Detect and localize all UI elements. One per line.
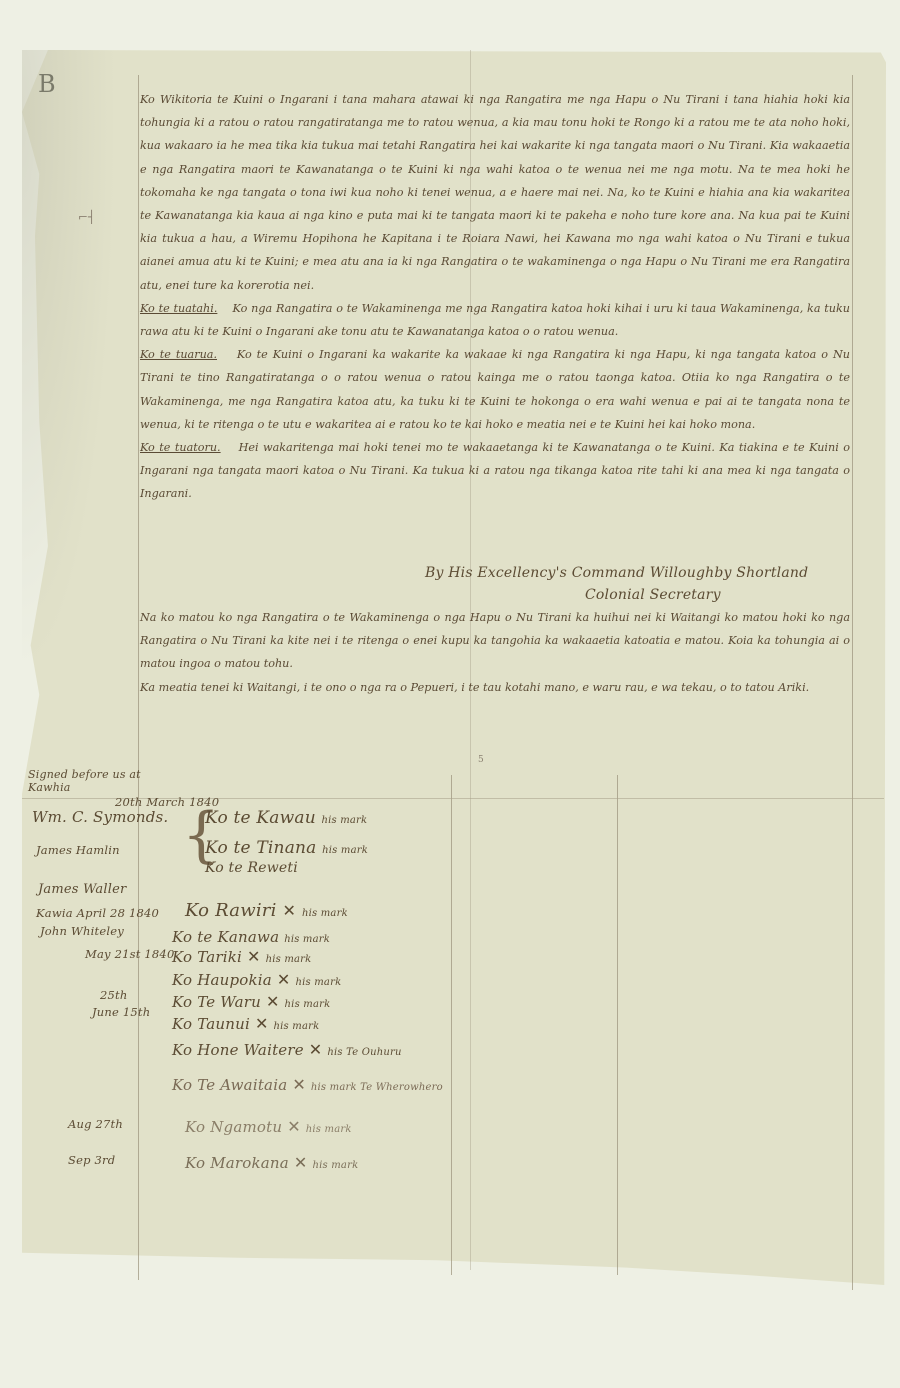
mark-label: his mark xyxy=(285,999,331,1010)
article-1: Ko te tuatahi. Ko nga Rangatira o te Wak… xyxy=(140,297,850,343)
mark-label: his mark xyxy=(302,908,348,919)
closing-text: Na ko matou ko nga Rangatira o te Wakami… xyxy=(140,606,850,699)
date-25th: 25th xyxy=(100,988,127,1002)
mark-label: his mark xyxy=(306,1124,352,1135)
treaty-text: Ko Wikitoria te Kuini o Ingarani i tana … xyxy=(140,88,850,506)
witness-kawia-date: Kawia April 28 1840 xyxy=(36,906,159,920)
chief-name: Ko Haupokia xyxy=(172,971,272,989)
chief-name: Ko te Tinana xyxy=(205,838,317,858)
chief-name: Ko te Reweti xyxy=(205,860,298,876)
date-sep3: Sep 3rd xyxy=(68,1153,115,1167)
mark-label: his mark xyxy=(296,977,342,988)
x-mark-icon: ✕ xyxy=(309,1040,323,1059)
chief-row: Ko Marokana ✕ his mark xyxy=(185,1153,358,1172)
mark-label: his mark xyxy=(321,815,367,826)
chief-row: Ko Hone Waitere ✕ his Te Ouhuru xyxy=(172,1040,402,1059)
attestation-line-2: Colonial Secretary xyxy=(585,587,808,603)
witness-header: Signed before us at Kawhia xyxy=(28,768,168,794)
article-text: Ko nga Rangatira o te Wakaminenga me nga… xyxy=(140,302,850,338)
x-mark-icon: ✕ xyxy=(292,1075,306,1094)
corner-letter: B xyxy=(38,70,56,98)
witness-waller: James Waller xyxy=(38,882,126,897)
chief-name: Ko Ngamotu xyxy=(185,1118,282,1136)
margin-annotation: ⌐┤ xyxy=(78,210,95,224)
x-mark-icon: ✕ xyxy=(294,1153,308,1172)
x-mark-icon: ✕ xyxy=(282,901,296,920)
attestation-block: By His Excellency's Command Willoughby S… xyxy=(425,565,808,603)
x-mark-icon: ✕ xyxy=(255,1014,269,1033)
date-may21: May 21st 1840 xyxy=(85,947,174,961)
chief-row: Ko Rawiri ✕ his mark xyxy=(185,900,348,921)
chief-row: Ko Te Waru ✕ his mark xyxy=(172,992,330,1011)
chief-row: Ko Haupokia ✕ his mark xyxy=(172,970,341,989)
date-aug27: Aug 27th xyxy=(68,1117,123,1131)
page-number: 5 xyxy=(478,755,484,765)
chief-kawau: Ko te Kawau his mark xyxy=(205,808,367,828)
mark-label: his mark xyxy=(284,934,330,945)
article-text: Ko te Kuini o Ingarani ka wakarite ka wa… xyxy=(140,348,850,431)
closing-paragraph: Na ko matou ko nga Rangatira o te Wakami… xyxy=(140,606,850,676)
mark-label: his mark xyxy=(313,1160,359,1171)
date-june15: June 15th xyxy=(92,1005,150,1019)
dating-paragraph: Ka meatia tenei ki Waitangi, i te ono o … xyxy=(140,676,850,699)
preamble-text: Ko Wikitoria te Kuini o Ingarani i tana … xyxy=(140,93,850,199)
x-mark-icon: ✕ xyxy=(277,970,291,989)
article-heading: Ko te tuatahi. xyxy=(140,302,217,315)
article-heading: Ko te tuarua. xyxy=(140,348,217,361)
mark-label: his mark Te Wherowhero xyxy=(311,1082,443,1093)
chief-tinana: Ko te Tinana his mark xyxy=(205,838,368,858)
preamble: Ko Wikitoria te Kuini o Ingarani i tana … xyxy=(140,88,850,297)
witness-hamlin: James Hamlin xyxy=(36,843,120,857)
x-mark-icon: ✕ xyxy=(266,992,280,1011)
signature-column-rule-1 xyxy=(451,775,452,1275)
chief-row: Ko Ngamotu ✕ his mark xyxy=(185,1117,352,1136)
chief-name: Ko Tariki xyxy=(172,948,242,966)
chief-name: Ko te Kawau xyxy=(205,808,316,828)
chief-row: Ko te Kanawa his mark xyxy=(172,928,330,946)
mark-label: his mark xyxy=(274,1021,320,1032)
chief-name: Ko Taunui xyxy=(172,1015,250,1033)
chief-name: Ko Hone Waitere xyxy=(172,1041,304,1059)
witness-symonds: Wm. C. Symonds. xyxy=(32,808,168,826)
mark-label: his mark xyxy=(322,845,368,856)
mark-label: his Te Ouhuru xyxy=(327,1047,401,1058)
left-margin-rule xyxy=(138,75,139,1280)
chief-row: Ko Taunui ✕ his mark xyxy=(172,1014,319,1033)
chief-name: Ko Te Awaitaia xyxy=(172,1076,287,1094)
article-2: Ko te tuarua. Ko te Kuini o Ingarani ka … xyxy=(140,343,850,436)
article-text: Hei wakaritenga mai hoki tenei mo te wak… xyxy=(140,441,850,500)
right-margin-rule xyxy=(852,75,853,1290)
chief-reweti: Ko te Reweti xyxy=(205,860,298,876)
chief-row: Ko Tariki ✕ his mark xyxy=(172,947,311,966)
mark-label: his mark xyxy=(266,954,312,965)
x-mark-icon: ✕ xyxy=(287,1117,301,1136)
chief-name: Ko Te Waru xyxy=(172,993,261,1011)
signature-column-rule-2 xyxy=(617,775,618,1275)
witness-whiteley: John Whiteley xyxy=(40,924,124,938)
article-3: Ko te tuatoru. Hei wakaritenga mai hoki … xyxy=(140,436,850,506)
chief-name: Ko Marokana xyxy=(185,1154,289,1172)
x-mark-icon: ✕ xyxy=(247,947,261,966)
chief-row: Ko Te Awaitaia ✕ his mark Te Wherowhero xyxy=(172,1075,443,1094)
attestation-line-1: By His Excellency's Command Willoughby S… xyxy=(425,565,808,581)
article-heading: Ko te tuatoru. xyxy=(140,441,221,454)
chief-name: Ko Rawiri xyxy=(185,900,277,921)
chief-name: Ko te Kanawa xyxy=(172,928,279,946)
